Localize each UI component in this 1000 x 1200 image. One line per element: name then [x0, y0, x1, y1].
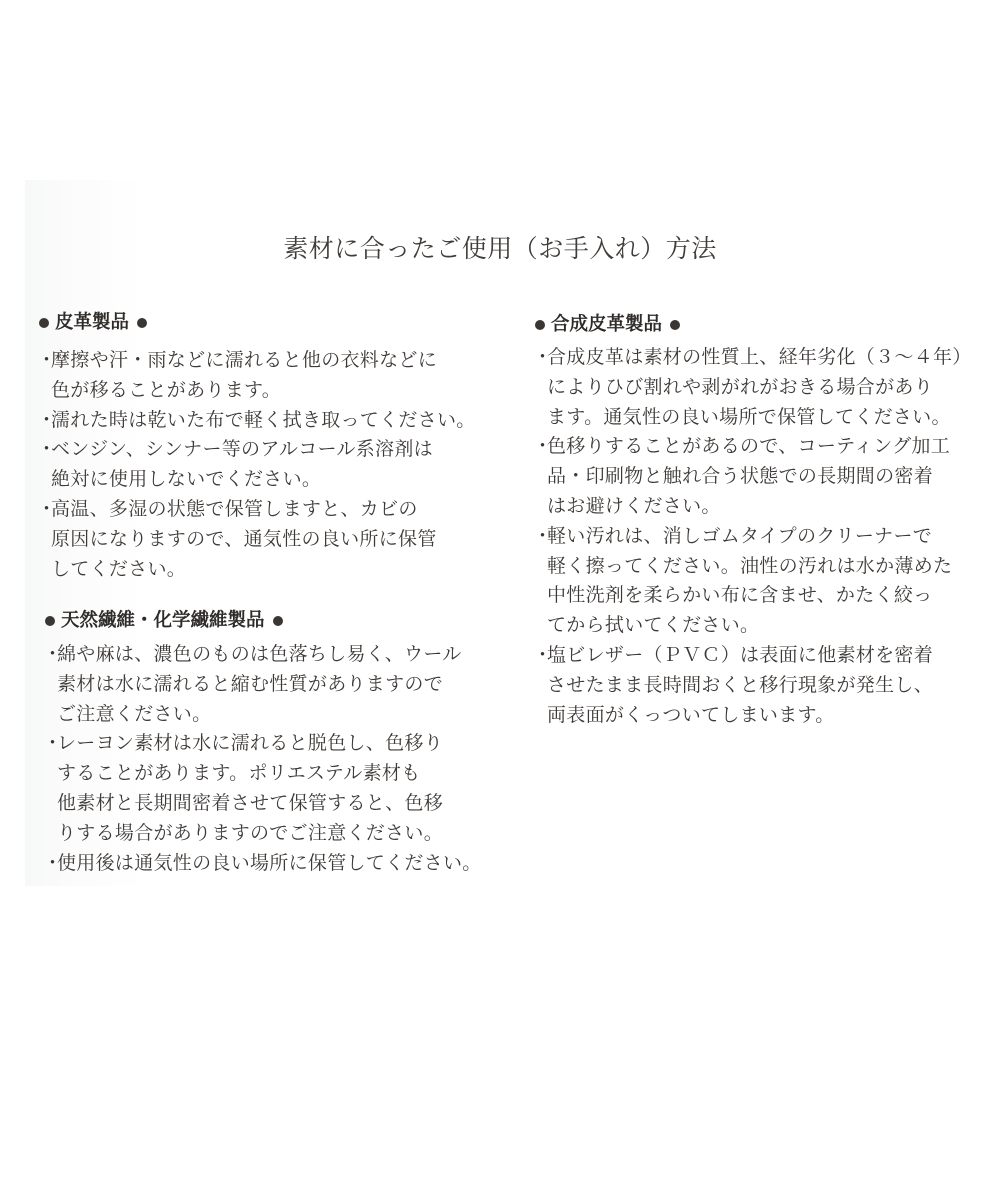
instruction-item: ・色移りすることがあるので、コーティング加工品・印刷物と触れ合う状態での長期間の… — [533, 432, 972, 521]
section-heading-text: 合成皮革製品 — [551, 312, 662, 338]
instruction-item: ・ベンジン、シンナー等のアルコール系溶剤は絶対に使用しないでください。 — [37, 435, 476, 495]
bullet-icon: ・ — [533, 432, 552, 462]
instruction-text-line: 他素材と長期間密着させて保管すると、色移 — [57, 789, 482, 819]
instruction-text-line: レーヨン素材は水に濡れると脱色し、色移り — [57, 729, 482, 759]
instruction-text-line: てから拭いてください。 — [547, 611, 972, 641]
instruction-item: ・綿や麻は、濃色のものは色落ちし易く、ウール素材は水に濡れると縮む性質があります… — [43, 640, 482, 729]
instruction-text-line: 品・印刷物と触れ合う状態での長期間の密着 — [547, 462, 972, 492]
section-heading-text: 天然繊維・化学繊維製品 — [61, 608, 265, 634]
instruction-text-line: 中性洗剤を柔らかい布に含ませ、かたく絞っ — [547, 581, 972, 611]
bullet-dot-icon — [137, 318, 147, 328]
instruction-item: ・合成皮革は素材の性質上、経年劣化（３～４年）によりひび割れや剥がれがおきる場合… — [533, 343, 972, 432]
bullet-icon: ・ — [533, 641, 552, 671]
bullet-dot-icon — [45, 616, 55, 626]
instruction-text-line: 合成皮革は素材の性質上、経年劣化（３～４年） — [547, 343, 972, 373]
instruction-text-line: 原因になりますので、通気性の良い所に保管 — [51, 525, 476, 555]
instruction-text-line: 軽く擦ってください。油性の汚れは水か薄めた — [547, 552, 972, 582]
section-heading: 合成皮革製品 — [533, 312, 972, 338]
instruction-text-line: することがあります。ポリエステル素材も — [57, 759, 482, 789]
bullet-icon: ・ — [43, 849, 62, 879]
bullet-icon: ・ — [37, 435, 56, 465]
instruction-text-line: 両表面がくっついてしまいます。 — [547, 701, 972, 731]
bullet-dot-icon — [670, 320, 680, 330]
instruction-text-line: りする場合がありますのでご注意ください。 — [57, 819, 482, 849]
instruction-item: ・摩擦や汗・雨などに濡れると他の衣料などに色が移ることがあります。 — [37, 346, 476, 406]
bullet-dot-icon — [39, 318, 49, 328]
bullet-icon: ・ — [37, 495, 56, 525]
instruction-text-line: 色が移ることがあります。 — [51, 376, 476, 406]
instruction-text-line: 色移りすることがあるので、コーティング加工 — [547, 432, 972, 462]
section-synthetic-leather-products: 合成皮革製品・合成皮革は素材の性質上、経年劣化（３～４年）によりひび割れや剥がれ… — [533, 312, 972, 730]
instruction-text-line: 摩擦や汗・雨などに濡れると他の衣料などに — [51, 346, 476, 376]
instruction-item: ・濡れた時は乾いた布で軽く拭き取ってください。 — [37, 406, 476, 436]
bullet-icon: ・ — [533, 522, 552, 552]
section-fiber-products: 天然繊維・化学繊維製品・綿や麻は、濃色のものは色落ちし易く、ウール素材は水に濡れ… — [43, 608, 482, 878]
instruction-text-line: 塩ビレザー（ＰＶＣ）は表面に他素材を密着 — [547, 641, 972, 671]
instruction-text-line: 綿や麻は、濃色のものは色落ちし易く、ウール — [57, 640, 482, 670]
instruction-text-line: してください。 — [51, 555, 476, 585]
instruction-text-line: 素材は水に濡れると縮む性質がありますので — [57, 670, 482, 700]
page-title: 素材に合ったご使用（お手入れ）方法 — [0, 232, 1000, 266]
instruction-text-line: はお避けください。 — [547, 492, 972, 522]
instruction-text-line: 軽い汚れは、消しゴムタイプのクリーナーで — [547, 522, 972, 552]
bullet-icon: ・ — [43, 729, 62, 759]
bullet-icon: ・ — [43, 640, 62, 670]
instruction-item: ・レーヨン素材は水に濡れると脱色し、色移りすることがあります。ポリエステル素材も… — [43, 729, 482, 848]
section-heading: 天然繊維・化学繊維製品 — [43, 608, 482, 634]
section-leather-products: 皮革製品・摩擦や汗・雨などに濡れると他の衣料などに色が移ることがあります。・濡れ… — [37, 310, 476, 584]
bullet-dot-icon — [273, 616, 283, 626]
instruction-text-line: ご注意ください。 — [57, 700, 482, 730]
instruction-item: ・軽い汚れは、消しゴムタイプのクリーナーで軽く擦ってください。油性の汚れは水か薄… — [533, 522, 972, 641]
instruction-text-line: させたまま長時間おくと移行現象が発生し、 — [547, 671, 972, 701]
instruction-list: ・合成皮革は素材の性質上、経年劣化（３～４年）によりひび割れや剥がれがおきる場合… — [533, 343, 972, 730]
instruction-text-line: ベンジン、シンナー等のアルコール系溶剤は — [51, 435, 476, 465]
instruction-text-line: 濡れた時は乾いた布で軽く拭き取ってください。 — [51, 406, 476, 436]
section-heading-text: 皮革製品 — [55, 310, 129, 336]
instruction-list: ・摩擦や汗・雨などに濡れると他の衣料などに色が移ることがあります。・濡れた時は乾… — [37, 346, 476, 584]
instruction-text-line: によりひび割れや剥がれがおきる場合があり — [547, 373, 972, 403]
instruction-text-line: 高温、多湿の状態で保管しますと、カビの — [51, 495, 476, 525]
bullet-dot-icon — [535, 320, 545, 330]
instruction-item: ・高温、多湿の状態で保管しますと、カビの原因になりますので、通気性の良い所に保管… — [37, 495, 476, 584]
bullet-icon: ・ — [37, 346, 56, 376]
bullet-icon: ・ — [37, 406, 56, 436]
instruction-text-line: 使用後は通気性の良い場所に保管してください。 — [57, 849, 482, 879]
section-heading: 皮革製品 — [37, 310, 476, 336]
instruction-item: ・塩ビレザー（ＰＶＣ）は表面に他素材を密着させたまま長時間おくと移行現象が発生し… — [533, 641, 972, 730]
bullet-icon: ・ — [533, 343, 552, 373]
instruction-item: ・使用後は通気性の良い場所に保管してください。 — [43, 849, 482, 879]
instruction-text-line: ます。通気性の良い場所で保管してください。 — [547, 403, 972, 433]
instruction-list: ・綿や麻は、濃色のものは色落ちし易く、ウール素材は水に濡れると縮む性質があります… — [43, 640, 482, 878]
instruction-text-line: 絶対に使用しないでください。 — [51, 465, 476, 495]
